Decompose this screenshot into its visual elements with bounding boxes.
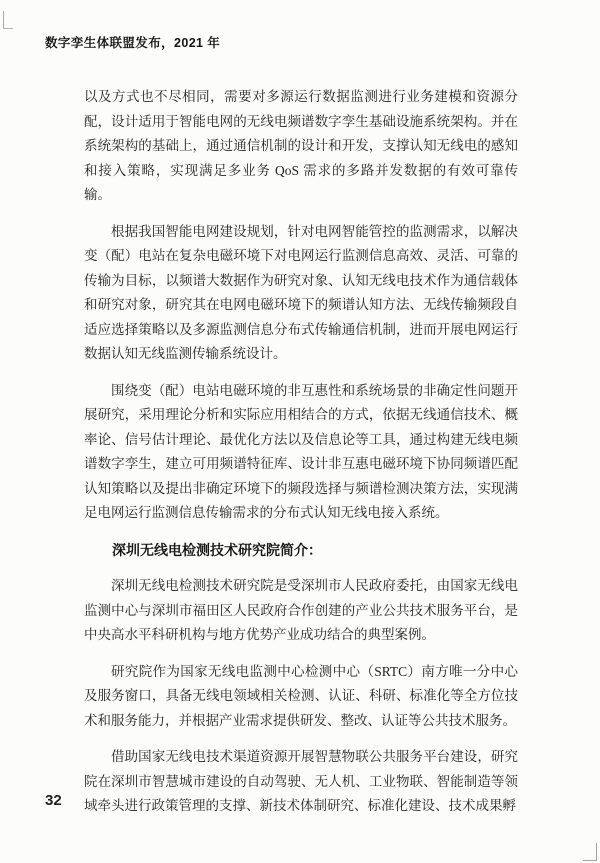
page-header: 数字孪生体联盟发布，2021 年 <box>45 33 220 51</box>
document-page: 数字孪生体联盟发布，2021 年 以及方式也不尽相同，需要对多源运行数据监测进行… <box>0 0 600 863</box>
paragraph: 以及方式也不尽相同，需要对多源运行数据监测进行业务建模和资源分配，设计适用于智能… <box>84 85 518 208</box>
page-number: 32 <box>45 792 62 809</box>
scan-corner-mark-top-left <box>3 11 13 29</box>
paragraph: 研究院作为国家无线电监测中心检测中心（SRTC）南方唯一分中心及服务窗口，具备无… <box>84 660 518 734</box>
scan-corner-mark-bottom-right <box>583 843 597 861</box>
paragraph: 借助国家无线电技术渠道资源开展智慧物联公共服务平台建设，研究院在深圳市智慧城市建… <box>84 745 518 819</box>
document-body: 以及方式也不尽相同，需要对多源运行数据监测进行业务建模和资源分配，设计适用于智能… <box>84 85 518 831</box>
section-heading: 深圳无线电检测技术研究院简介： <box>84 538 518 563</box>
paragraph: 围绕变（配）电站电磁环境的非互惠性和系统场景的非确定性问题开展研究，采用理论分析… <box>84 379 518 526</box>
paragraph: 深圳无线电检测技术研究院是受深圳市人民政府委托，由国家无线电监测中心与深圳市福田… <box>84 574 518 648</box>
paragraph: 根据我国智能电网建设规划，针对电网智能管控的监测需求，以解决变（配）电站在复杂电… <box>84 220 518 367</box>
